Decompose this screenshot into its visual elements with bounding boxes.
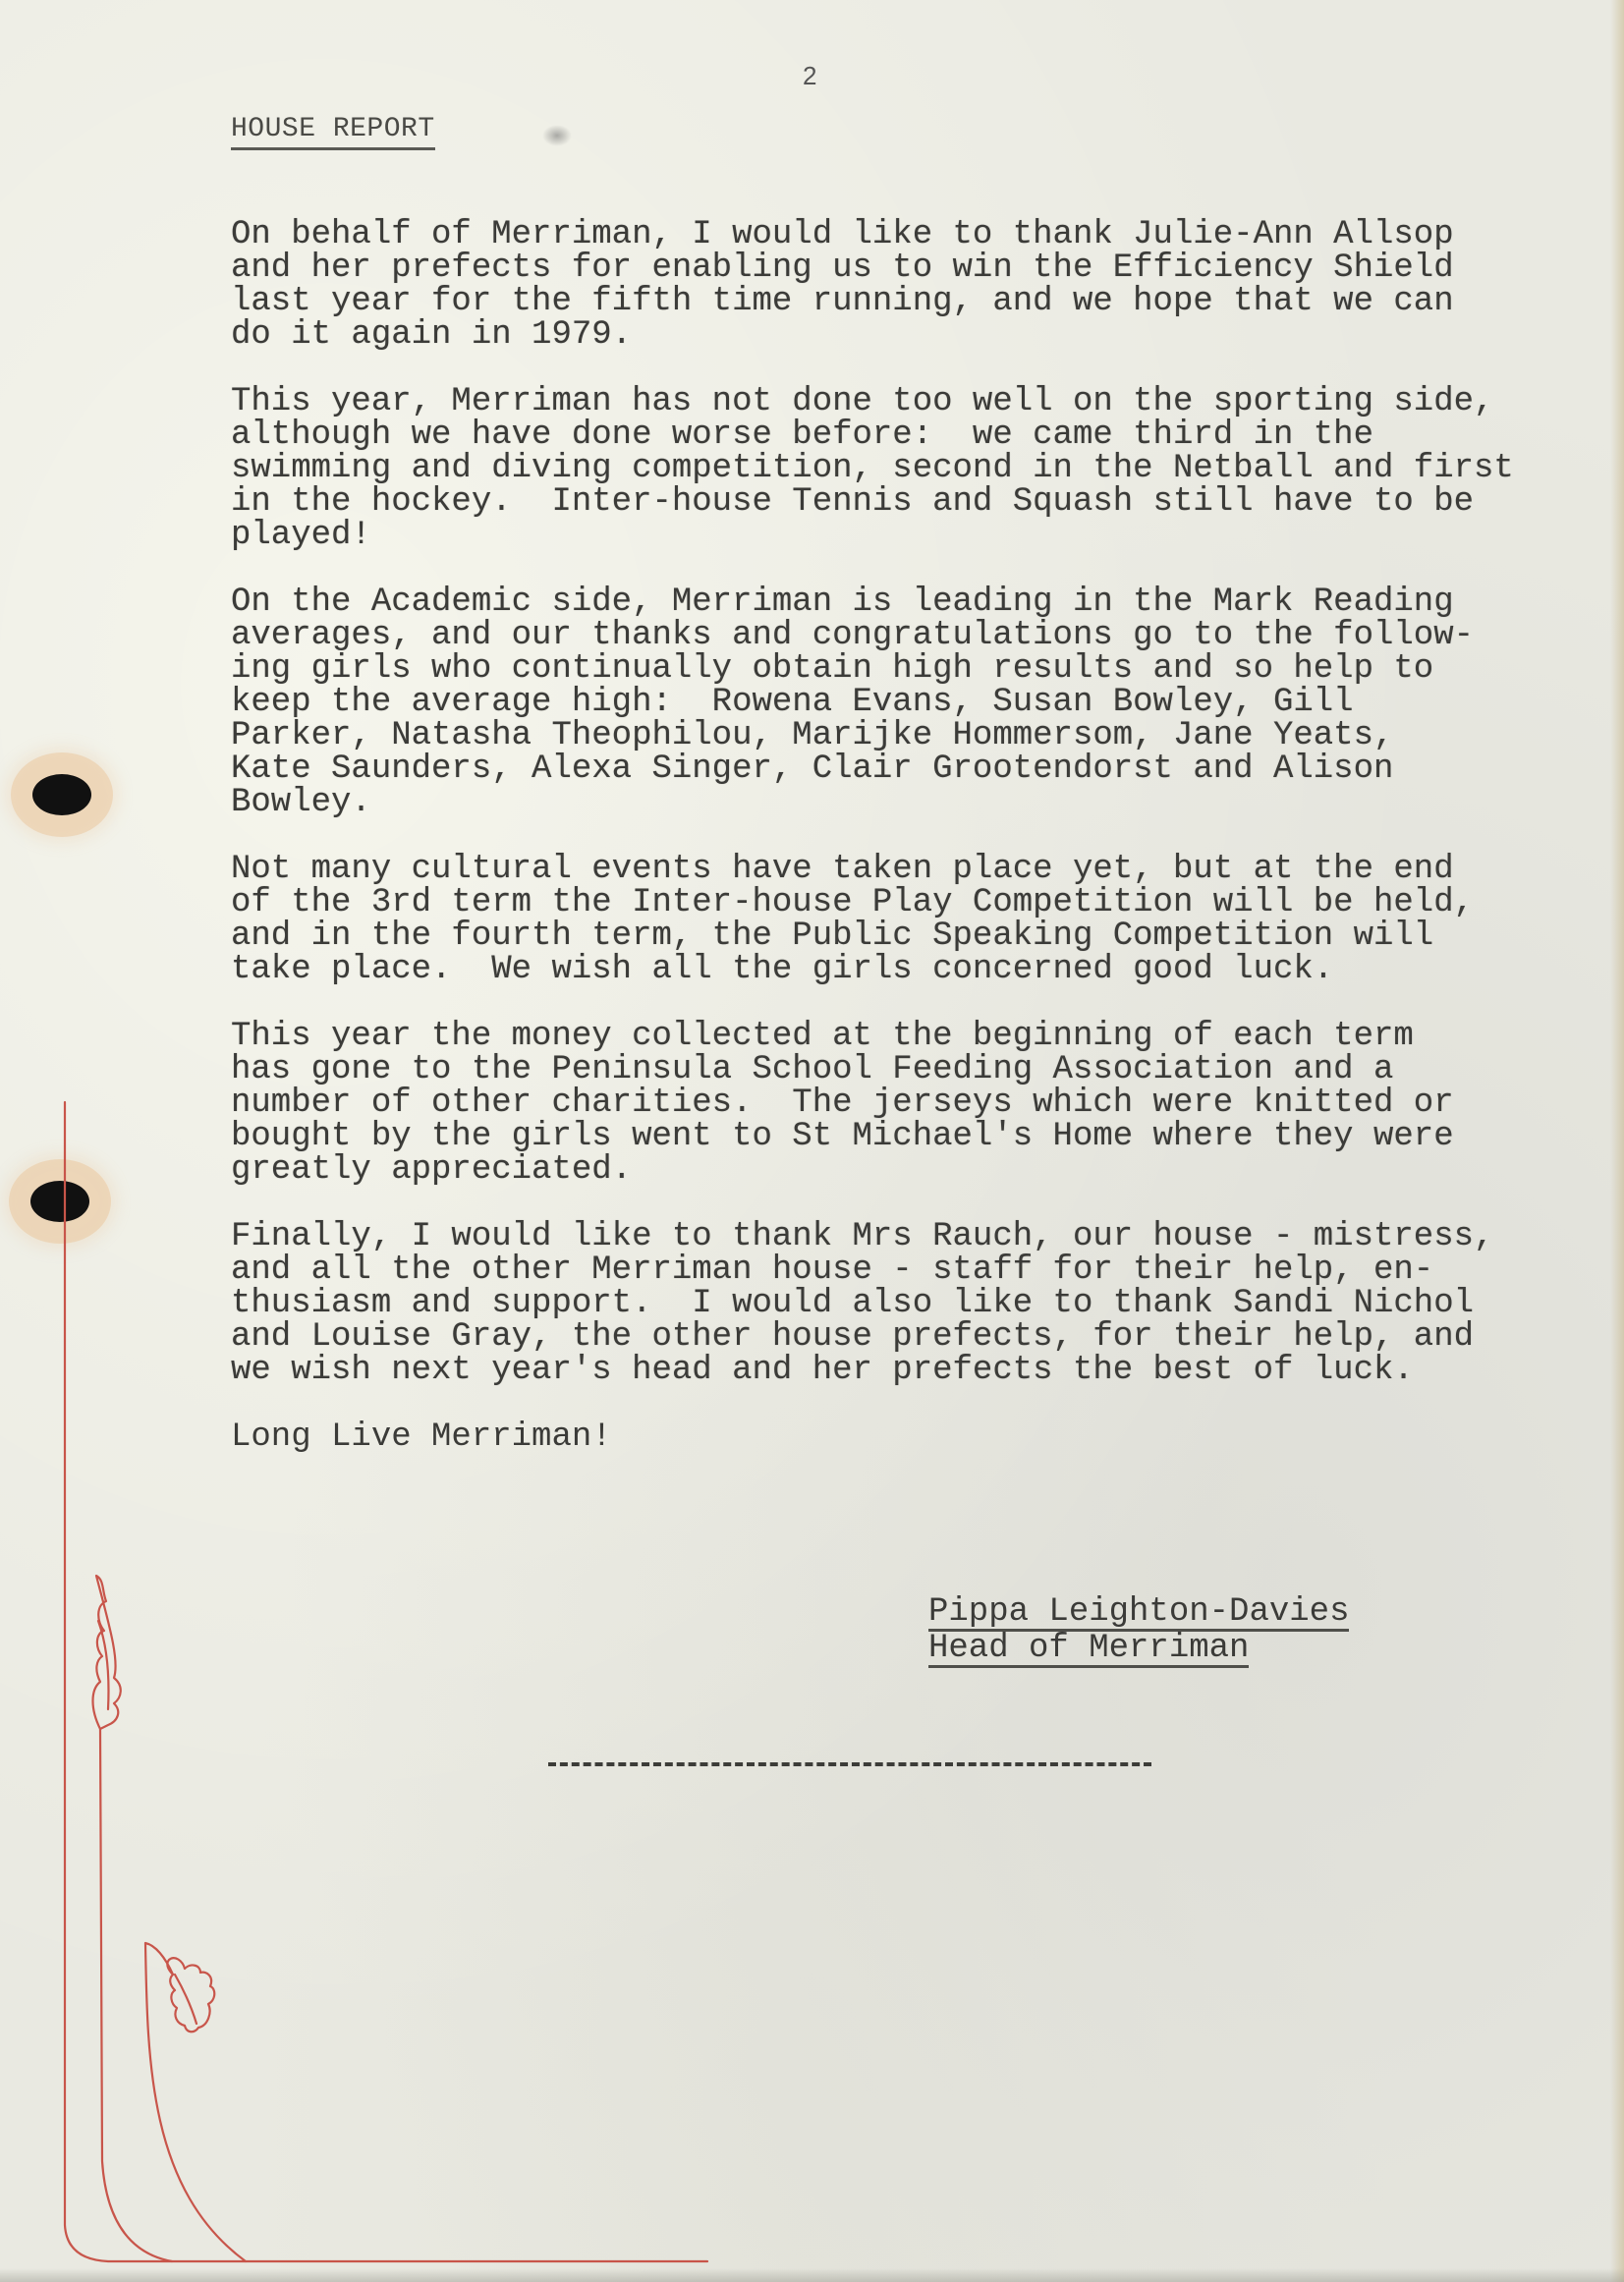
dashed-divider (548, 1762, 1151, 1766)
signature-name: Pippa Leighton-Davies (928, 1595, 1349, 1632)
paragraph-charity: This year the money collected at the beg… (231, 1020, 1567, 1187)
page-edge (1610, 0, 1624, 2282)
punch-hole-icon (32, 774, 91, 815)
signature-block: Pippa Leighton-Davies Head of Merriman (928, 1595, 1349, 1668)
paragraph-academic: On the Academic side, Merriman is leadin… (231, 585, 1567, 819)
ink-smudge (542, 125, 572, 146)
paragraph-efficiency-shield: On behalf of Merriman, I would like to t… (231, 218, 1567, 352)
page-edge (0, 2268, 1624, 2282)
page-title: HOUSE REPORT (231, 114, 435, 150)
paragraph-thanks: Finally, I would like to thank Mrs Rauch… (231, 1220, 1567, 1387)
page-number: 2 (803, 61, 816, 91)
paragraph-cultural: Not many cultural events have taken plac… (231, 853, 1567, 986)
signature-title: Head of Merriman (928, 1632, 1249, 1668)
closing-line: Long Live Merriman! (231, 1420, 1567, 1454)
paragraph-sport: This year, Merriman has not done too wel… (231, 385, 1567, 552)
punch-hole-icon (30, 1181, 89, 1222)
report-body: On behalf of Merriman, I would like to t… (231, 218, 1567, 1454)
